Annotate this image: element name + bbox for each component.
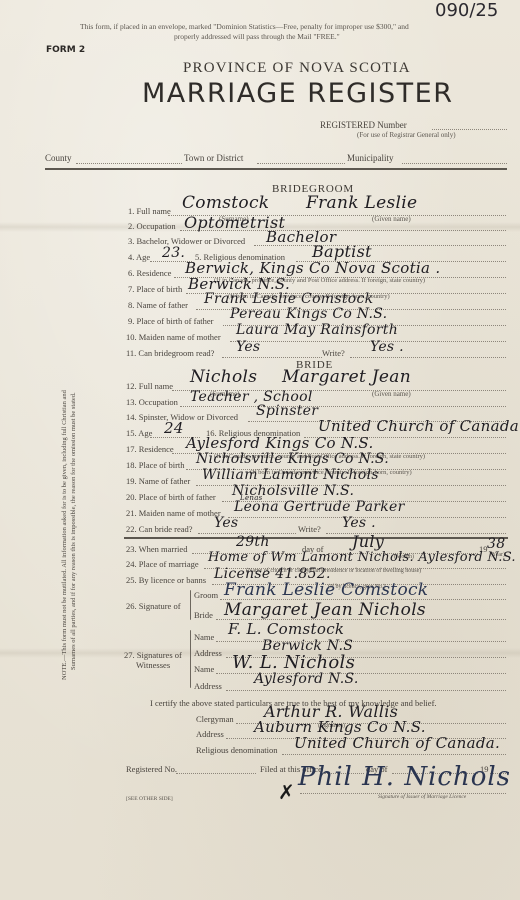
marriage-day: 29th <box>236 534 270 550</box>
bride-religion: United Church of Canada <box>318 417 519 435</box>
clergyman-denomination: United Church of Canada. <box>294 734 500 752</box>
side-note: NOTE.—This form must not be mutilated. A… <box>60 390 78 680</box>
groom-surname: Comstock <box>182 193 269 213</box>
postal-note-line2: properly addressed will pass through the… <box>174 32 340 41</box>
bride-signature: Margaret Jean Nichols <box>224 600 426 620</box>
witness1-name: F. L. Comstock <box>228 620 344 638</box>
groom-can-read: Yes <box>236 339 260 355</box>
province-title: PROVINCE OF NOVA SCOTIA <box>183 60 411 77</box>
groom-father-birthplace: Pereau Kings Co N.S. <box>230 306 387 322</box>
witness2-address: Aylesford N.S. <box>254 671 359 687</box>
groom-mother: Laura May Rainsforth <box>236 322 398 338</box>
witness2-name: W. L. Nichols <box>232 652 355 673</box>
town-label: Town or District <box>184 153 243 163</box>
bride-mother-note: Lenas <box>240 494 263 502</box>
bride-residence: Aylesford Kings Co N.S. <box>186 434 374 452</box>
bride-father: William Lamont Nichols <box>202 467 379 483</box>
postal-note-line1: This form, if placed in an envelope, mar… <box>80 22 409 31</box>
groom-father: Frank Leslie Comstock <box>204 291 373 307</box>
document-title: MARRIAGE REGISTER <box>142 78 453 109</box>
witnesses-label: 27. Signatures of Witnesses <box>124 650 182 670</box>
form-label: FORM 2 <box>46 45 85 55</box>
marriage-place: Home of Wm Lamont Nichols. Aylesford N.S… <box>208 550 516 565</box>
bride-given-name: Margaret Jean <box>282 367 411 387</box>
marriage-month: July <box>352 532 384 551</box>
registered-number-label: REGISTERED Number <box>320 120 407 130</box>
issuer-caption: Signature of Issuer of Marriage Licence <box>378 794 466 800</box>
bride-can-write: Yes . <box>342 515 376 531</box>
issuer-signature: Phil H. Nichols <box>298 762 511 792</box>
registered-number-note: (For use of Registrar General only) <box>357 131 456 139</box>
see-other-side: [SEE OTHER SIDE] <box>126 796 173 802</box>
ink-mark: ✗ <box>278 780 295 805</box>
county-label: County <box>45 153 72 163</box>
bride-birthplace: Nicholsville Kings Co N.S. <box>196 451 389 467</box>
bride-can-read: Yes <box>214 515 238 531</box>
bride-status: Spinster <box>256 403 318 419</box>
groom-signature: Frank Leslie Comstock <box>224 580 428 600</box>
groom-age: 23. <box>162 245 185 261</box>
registered-no-label: Registered No. <box>126 764 177 774</box>
bride-age: 24 <box>164 419 184 437</box>
municipality-label: Municipality <box>347 153 394 163</box>
file-number: 090/25 <box>435 0 498 21</box>
bride-surname: Nichols <box>190 367 257 387</box>
groom-given-name: Frank Leslie <box>306 193 417 213</box>
groom-can-write: Yes . <box>370 339 404 355</box>
